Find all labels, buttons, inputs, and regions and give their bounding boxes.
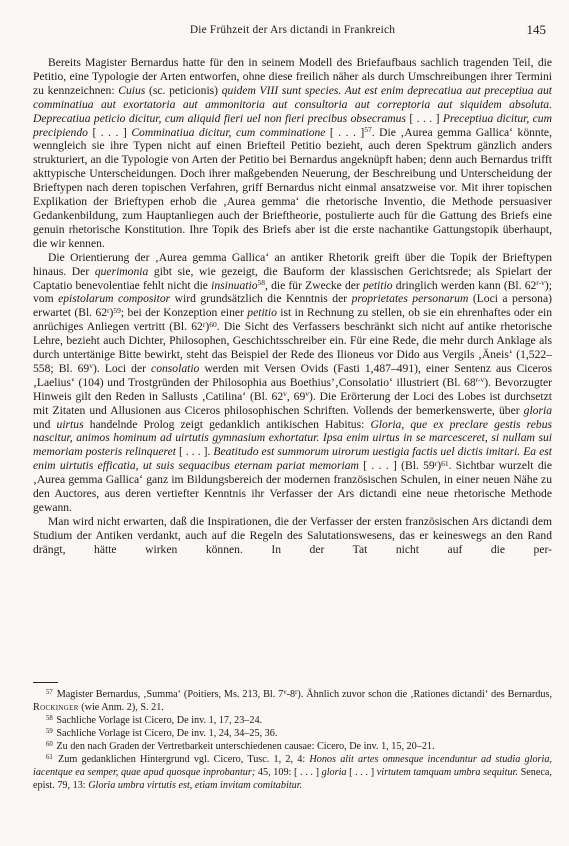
body-text: Bereits Magister Bernardus hatte für den… xyxy=(33,56,552,557)
running-title: Die Frühzeit der Ars dictandi in Frankre… xyxy=(190,24,395,36)
paragraph-1: Bereits Magister Bernardus hatte für den… xyxy=(33,56,552,251)
page-number: 145 xyxy=(527,23,547,36)
footnote-number: 61 xyxy=(46,754,53,761)
footnote-61: 61 Zum gedanklichen Hintergrund vgl. Cic… xyxy=(33,753,552,792)
footnote-number: 60 xyxy=(46,741,53,748)
footnote-59: 59 Sachliche Vorlage ist Cicero, De inv.… xyxy=(33,727,552,740)
footnote-60: 60 Zu den nach Graden der Vertretbarkeit… xyxy=(33,740,552,753)
footnotes: 57 Magister Bernardus, ‚Summa‘ (Poitiers… xyxy=(33,688,552,792)
book-page: Die Frühzeit der Ars dictandi in Frankre… xyxy=(0,0,569,846)
page-header: Die Frühzeit der Ars dictandi in Frankre… xyxy=(33,24,552,37)
footnote-number: 59 xyxy=(46,728,53,735)
footnote-separator-rule xyxy=(33,682,58,683)
footnote-58: 58 Sachliche Vorlage ist Cicero, De inv.… xyxy=(33,714,552,727)
paragraph-3: Man wird nicht erwarten, daß die Inspira… xyxy=(33,515,552,557)
paragraph-2: Die Orientierung der ‚Aurea gemma Gallic… xyxy=(33,251,552,515)
footnote-number: 58 xyxy=(46,715,53,722)
footnote-57: 57 Magister Bernardus, ‚Summa‘ (Poitiers… xyxy=(33,688,552,714)
footnote-number: 57 xyxy=(46,689,53,696)
footnote-area: 57 Magister Bernardus, ‚Summa‘ (Poitiers… xyxy=(33,682,552,792)
